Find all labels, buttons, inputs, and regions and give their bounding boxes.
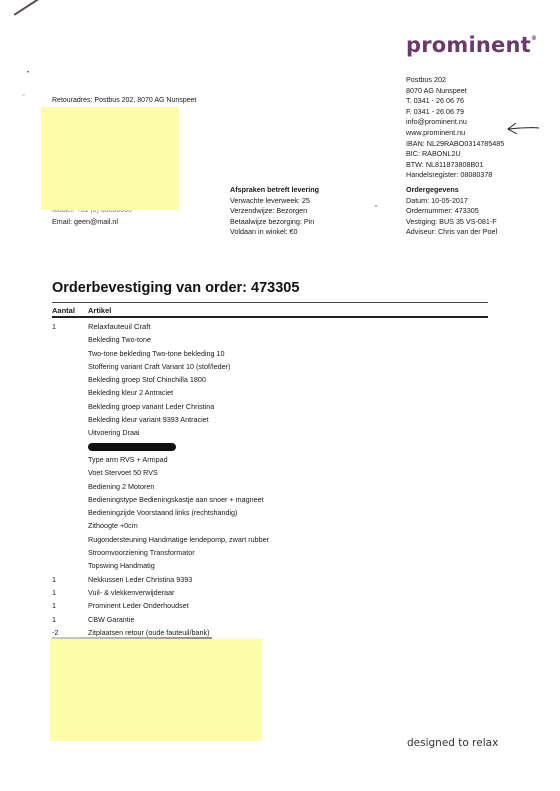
row-article: Topswing Handmatig <box>88 559 155 572</box>
row-article: Bekleding kleur 2 Antraciet <box>88 386 173 399</box>
table-row: Topswing Handmatig <box>52 559 492 572</box>
row-article: Bekleding groep Stof Chinchilla 1800 <box>88 373 206 386</box>
table-row: Stoffering variant Craft Variant 10 (sto… <box>52 360 492 373</box>
table-row: Bekleding kleur variant 9393 Antraciet <box>52 413 492 426</box>
redacted-marker <box>88 443 176 451</box>
table-row <box>52 440 492 453</box>
company-info-line: T. 0341 - 26 06 76 <box>406 96 504 107</box>
redacted-customer-address <box>41 107 179 210</box>
table-row: Stroomvoorziening Transformator <box>52 546 492 559</box>
company-info-line: BTW: NL811873808B01 <box>406 160 504 171</box>
row-article: Two-tone bekleding Two-tone bekleding 10 <box>88 347 225 360</box>
order-details: Ordergegevens Datum: 10-05-2017 Ordernum… <box>406 185 497 238</box>
brand-name: prominent <box>406 33 531 57</box>
company-info-line: Handelsregister: 08080378 <box>406 170 504 181</box>
scan-speck: • <box>27 70 29 76</box>
row-article: CBW Garantie <box>88 613 134 626</box>
customer-email: Email: geen@mail.nl <box>52 217 118 226</box>
table-row: Bedieningstype Bedieningskastje aan snoe… <box>52 493 492 506</box>
row-qty: 1 <box>52 613 56 626</box>
column-header-article: Artikel <box>88 306 111 315</box>
pen-mark <box>13 0 46 16</box>
handwritten-arrow-icon <box>506 122 540 136</box>
row-article: Stoffering variant Craft Variant 10 (sto… <box>88 360 230 373</box>
table-row: Type arm RVS + Armpad <box>52 453 492 466</box>
row-article: Prominent Leder Onderhoudset <box>88 599 189 612</box>
return-address: Retouradres: Postbus 202, 8070 AG Nunspe… <box>52 97 196 104</box>
row-article: Voet Stervoet 50 RVS <box>88 466 158 479</box>
row-article: Vuil- & vlekkenverwijderaar <box>88 586 174 599</box>
table-row: Bedieningzijde Voorstaand links (rechtsh… <box>52 506 492 519</box>
table-row: 1Nekkussen Leder Christina 9393 <box>52 573 492 586</box>
table-top-rule <box>52 302 488 303</box>
row-article: Bekleding groep variant Leder Christina <box>88 400 214 413</box>
table-row: 1CBW Garantie <box>52 613 492 626</box>
table-row: Bekleding groep Stof Chinchilla 1800 <box>52 373 492 386</box>
order-lines: 1Relaxfauteuil CraftBekleding Two-toneTw… <box>52 320 492 639</box>
row-article: Zithoogte +0cm <box>88 519 138 532</box>
row-article: Relaxfauteuil Craft <box>88 320 150 333</box>
table-row: 1Prominent Leder Onderhoudset <box>52 599 492 612</box>
redacted-footer-block <box>50 639 262 741</box>
delivery-line: Verzendwijze: Bezorgen <box>230 206 319 217</box>
company-info-line: info@prominent.nu <box>406 117 504 128</box>
table-row: Voet Stervoet 50 RVS <box>52 466 492 479</box>
row-article: Stroomvoorziening Transformator <box>88 546 195 559</box>
order-details-heading: Ordergegevens <box>406 185 497 196</box>
delivery-line: Betaalwijze bezorging: Pin <box>230 217 319 228</box>
table-row: Two-tone bekleding Two-tone bekleding 10 <box>52 347 492 360</box>
company-info-line: BIC: RABONL2U <box>406 149 504 160</box>
company-info-line: Postbus 202 <box>406 75 504 86</box>
table-row: Uitvoering Draai <box>52 426 492 439</box>
scan-speck: ⁼ <box>22 93 25 100</box>
row-article: Bediening 2 Motoren <box>88 480 154 493</box>
row-qty: 1 <box>52 320 56 333</box>
row-article: Uitvoering Draai <box>88 426 140 439</box>
row-article: Bedieningstype Bedieningskastje aan snoe… <box>88 493 264 506</box>
table-header-rule <box>52 316 488 318</box>
delivery-line: Voldaan in winkel: €0 <box>230 227 319 238</box>
delivery-heading: Afspraken betreft levering <box>230 185 319 196</box>
table-row: 1Relaxfauteuil Craft <box>52 320 492 333</box>
company-info-line: 8070 AG Nunspeet <box>406 86 504 97</box>
company-info: Postbus 2028070 AG NunspeetT. 0341 - 26 … <box>406 75 504 181</box>
company-info-line: IBAN: NL29RABO0314785485 <box>406 139 504 150</box>
table-row: Bekleding Two-tone <box>52 333 492 346</box>
table-row: 1Vuil- & vlekkenverwijderaar <box>52 586 492 599</box>
row-article: Rugondersteuning Handmatige lendepomp, z… <box>88 533 269 546</box>
brand-tagline: designed to relax <box>407 737 498 749</box>
row-qty: 1 <box>52 599 56 612</box>
company-info-line: www.prominent.nu <box>406 128 504 139</box>
row-article: Bekleding Two-tone <box>88 333 151 346</box>
company-info-line: F. 0341 - 26 06 79 <box>406 107 504 118</box>
delivery-agreements: Afspraken betreft levering Verwachte lev… <box>230 185 319 238</box>
scan-speck <box>375 205 377 207</box>
registered-mark: ® <box>531 35 537 42</box>
table-row: Bediening 2 Motoren <box>52 480 492 493</box>
row-article: Bedieningzijde Voorstaand links (rechtsh… <box>88 506 237 519</box>
table-row: Bekleding kleur 2 Antraciet <box>52 386 492 399</box>
row-article: Nekkussen Leder Christina 9393 <box>88 573 192 586</box>
row-qty: 1 <box>52 573 56 586</box>
row-qty: 1 <box>52 586 56 599</box>
table-row: Zithoogte +0cm <box>52 519 492 532</box>
order-number: Ordernummer: 473305 <box>406 206 497 217</box>
page-title: Orderbevestiging van order: 473305 <box>52 280 299 296</box>
table-row: Rugondersteuning Handmatige lendepomp, z… <box>52 533 492 546</box>
column-header-qty: Aantal <box>52 306 75 315</box>
row-article: Type arm RVS + Armpad <box>88 453 168 466</box>
order-date: Datum: 10-05-2017 <box>406 196 497 207</box>
delivery-line: Verwachte leverweek: 25 <box>230 196 319 207</box>
table-row: Bekleding groep variant Leder Christina <box>52 400 492 413</box>
row-article: Bekleding kleur variant 9393 Antraciet <box>88 413 209 426</box>
order-advisor: Adviseur: Chris van der Poel <box>406 227 497 238</box>
order-branch: Vestiging: BUS 35 VS-081-F <box>406 217 497 228</box>
brand-logo: prominent® <box>406 33 537 57</box>
